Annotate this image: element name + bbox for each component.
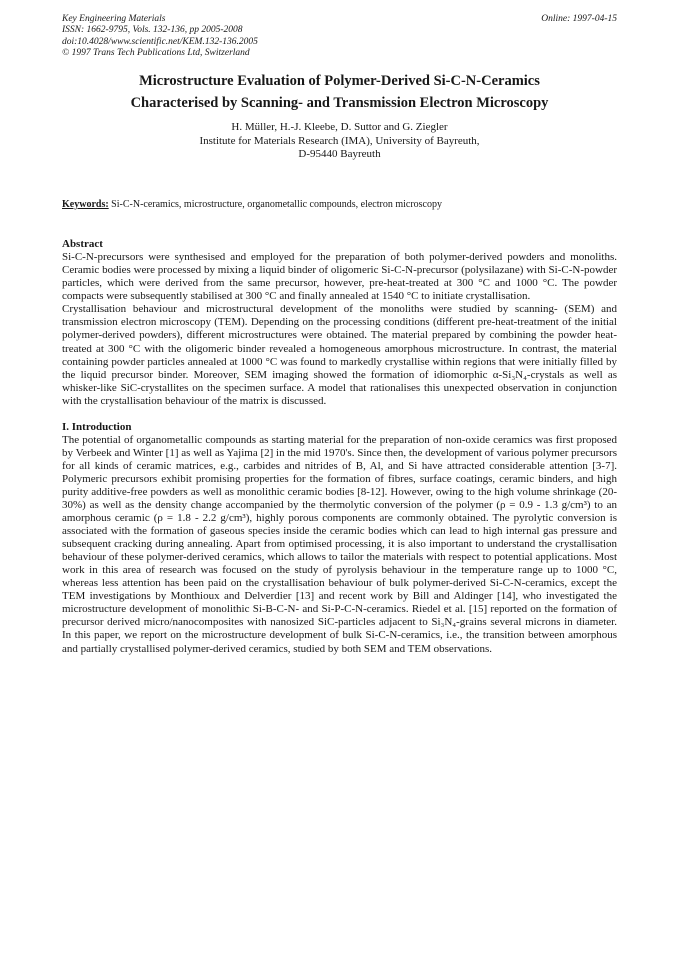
abstract-section: Abstract Si-C-N-precursors were synthesi… bbox=[62, 238, 617, 408]
paper-title-line-2: Characterised by Scanning- and Transmiss… bbox=[62, 92, 617, 114]
affiliation-line-1: Institute for Materials Research (IMA), … bbox=[62, 135, 617, 149]
doi-line: doi:10.4028/www.scientific.net/KEM.132-1… bbox=[62, 37, 258, 48]
keywords-label: Keywords: bbox=[62, 199, 109, 210]
issn-line: ISSN: 1662-9795, Vols. 132-136, pp 2005-… bbox=[62, 25, 258, 36]
introduction-section: I. Introduction The potential of organom… bbox=[62, 421, 617, 656]
document-page: Key Engineering Materials ISSN: 1662-979… bbox=[0, 0, 678, 959]
abstract-paragraph-1: Si-C-N-precursors were synthesised and e… bbox=[62, 251, 617, 303]
online-date: Online: 1997-04-15 bbox=[541, 14, 617, 25]
paper-title: Microstructure Evaluation of Polymer-Der… bbox=[62, 70, 617, 114]
affiliation-line-2: D-95440 Bayreuth bbox=[62, 148, 617, 162]
paper-title-line-1: Microstructure Evaluation of Polymer-Der… bbox=[62, 70, 617, 92]
keywords-row: Keywords: Si-C-N-ceramics, microstructur… bbox=[62, 199, 617, 212]
keywords-text: Si-C-N-ceramics, microstructure, organom… bbox=[109, 199, 442, 210]
journal-header: Key Engineering Materials ISSN: 1662-979… bbox=[62, 14, 617, 59]
authors-block: H. Müller, H.-J. Kleebe, D. Suttor and G… bbox=[62, 121, 617, 162]
introduction-paragraph: The potential of organometallic compound… bbox=[62, 434, 617, 656]
abstract-paragraph-2: Crystallisation behaviour and microstruc… bbox=[62, 303, 617, 407]
abstract-heading: Abstract bbox=[62, 238, 617, 251]
introduction-heading: I. Introduction bbox=[62, 421, 617, 434]
journal-name: Key Engineering Materials bbox=[62, 14, 258, 25]
authors-line: H. Müller, H.-J. Kleebe, D. Suttor and G… bbox=[62, 121, 617, 135]
journal-meta-block: Key Engineering Materials ISSN: 1662-979… bbox=[62, 14, 258, 59]
copyright-line: © 1997 Trans Tech Publications Ltd, Swit… bbox=[62, 48, 258, 59]
